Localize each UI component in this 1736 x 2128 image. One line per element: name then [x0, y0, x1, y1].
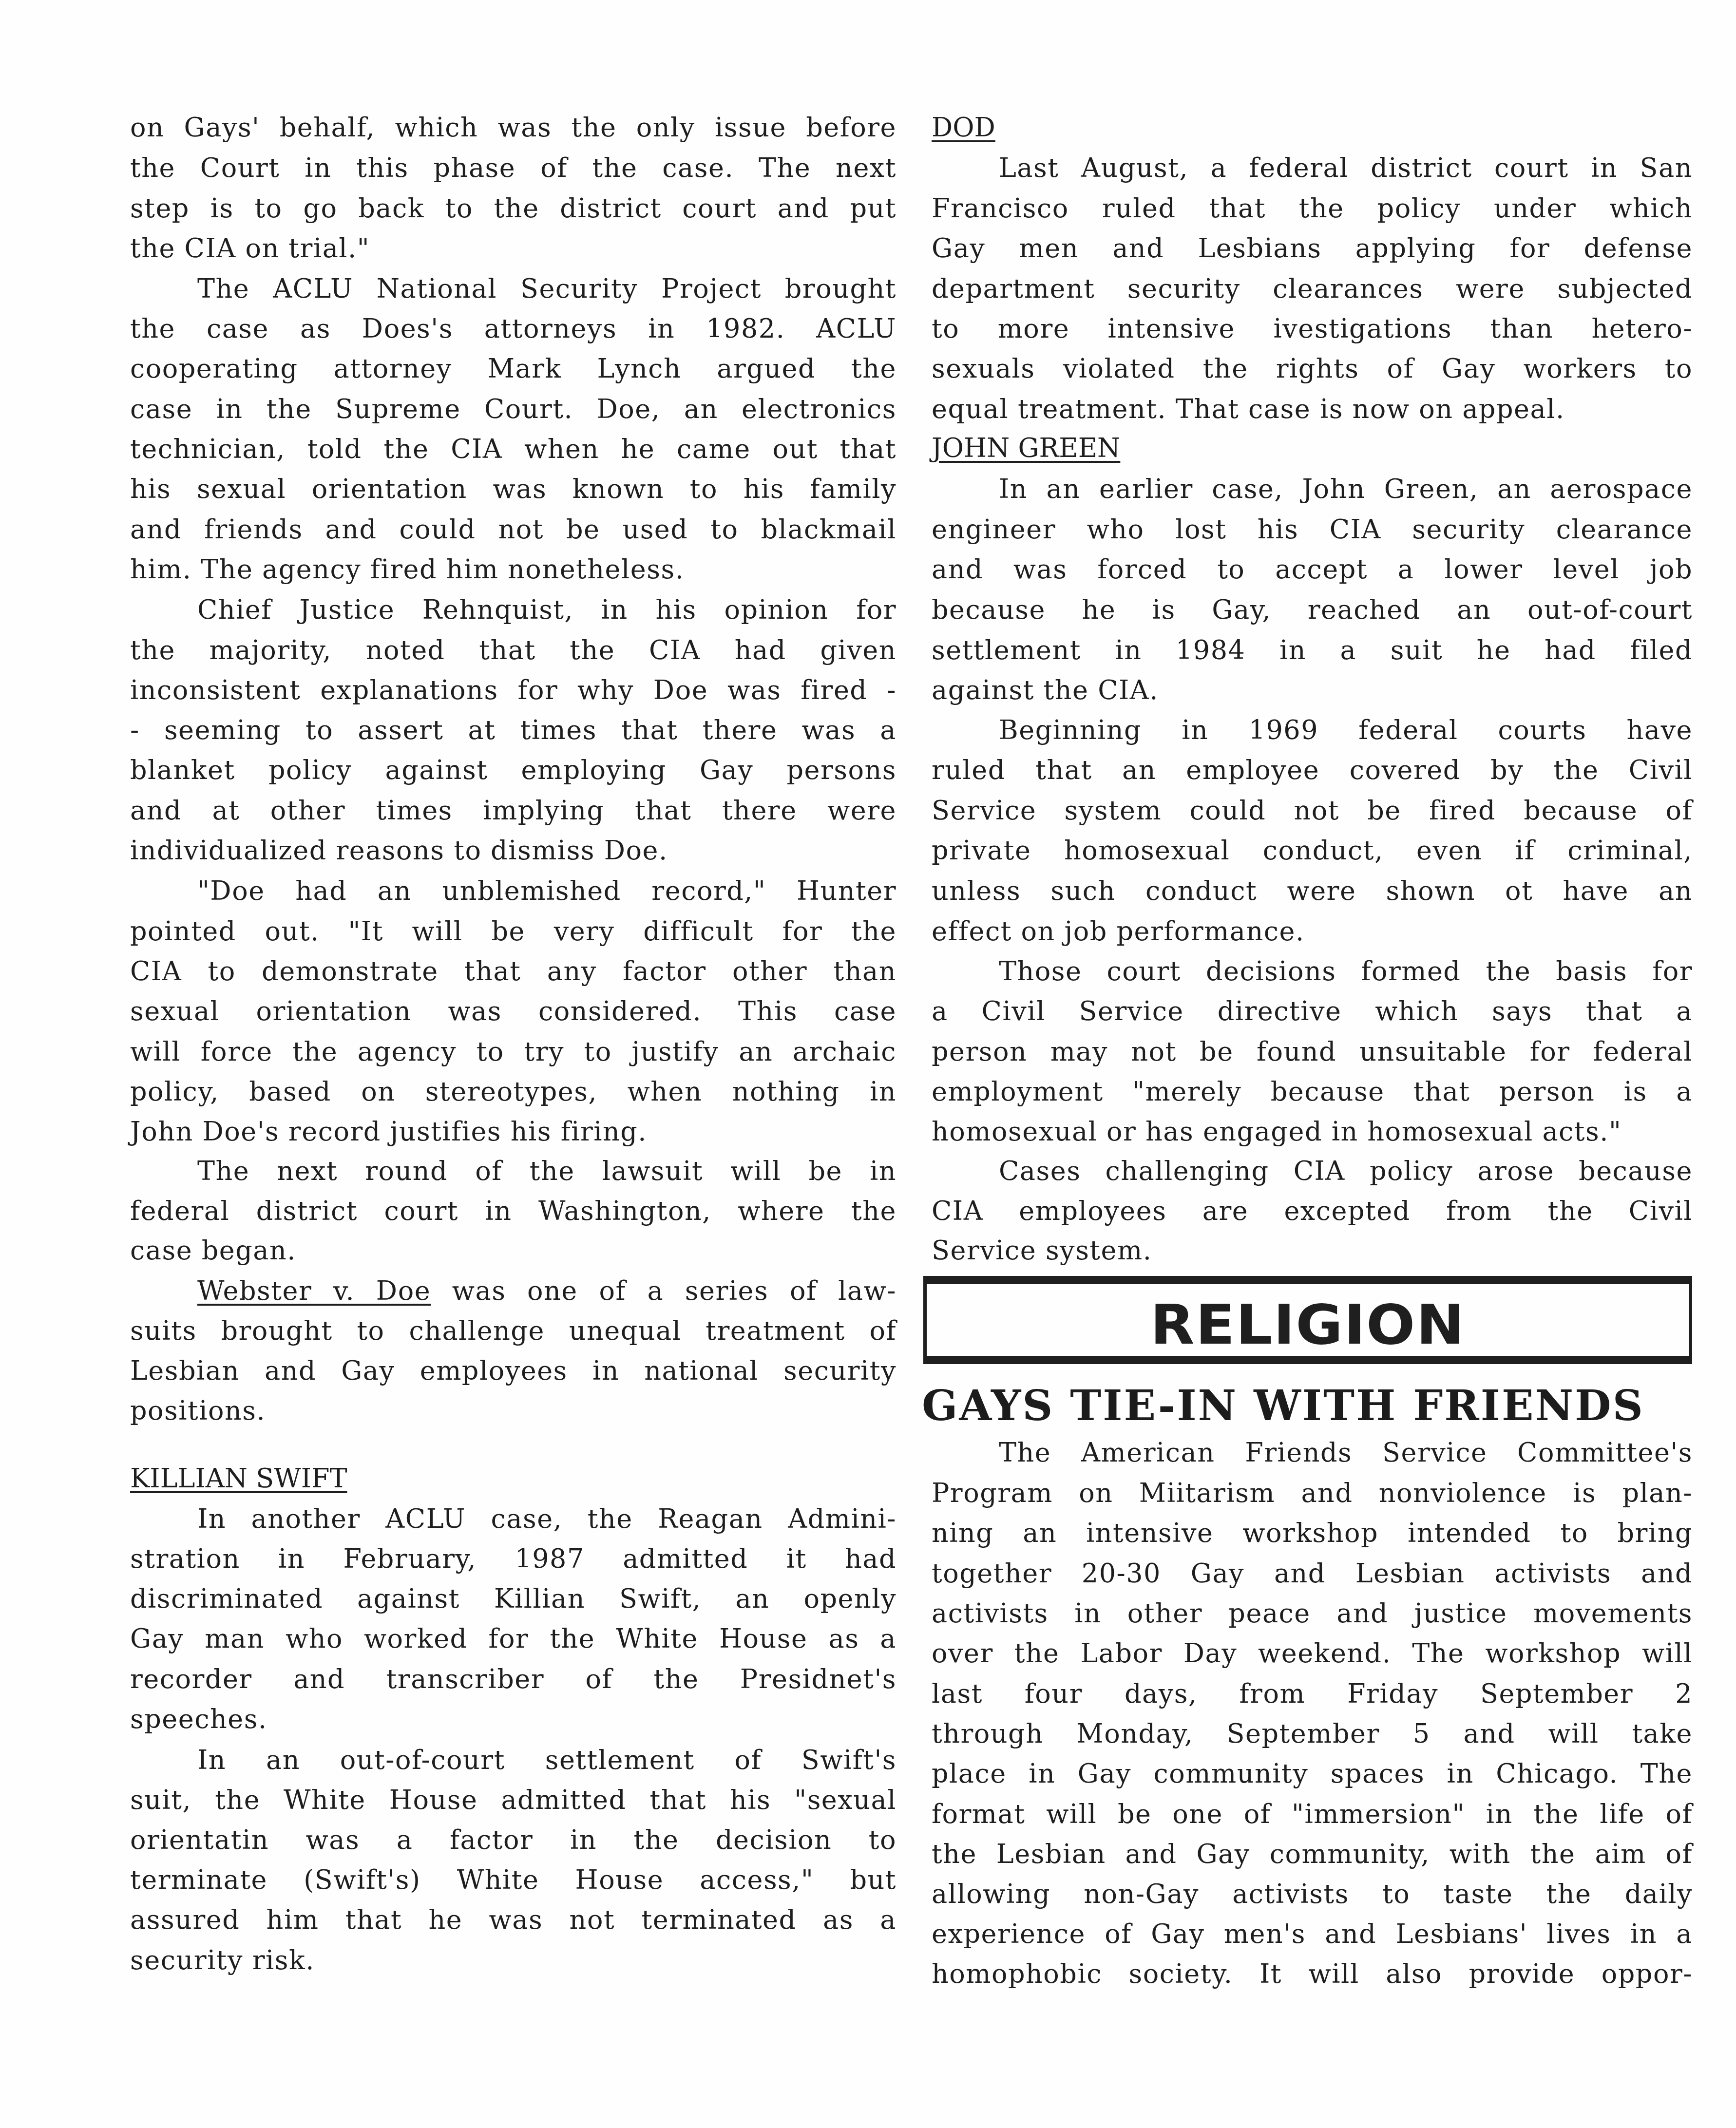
text-line: terminate (Swift's) White House access,"… — [130, 1864, 897, 1896]
text-line-content: the majority, noted that the CIA had giv… — [130, 635, 897, 665]
text-line-content: effect on job performance. — [932, 916, 1305, 947]
text-line: speeches. — [130, 1704, 897, 1735]
text-line-content: engineer who lost his CIA security clear… — [932, 514, 1693, 545]
text-line-content: to more intensive ivestigations than het… — [932, 313, 1693, 344]
text-line: the majority, noted that the CIA had giv… — [130, 635, 897, 666]
text-line-content: homophobic society. It will also provide… — [932, 1958, 1693, 1989]
text-line-content: last four days, from Friday September 2 — [932, 1678, 1693, 1709]
text-line: effect on job performance. — [932, 916, 1693, 947]
text-line-content: person may not be found unsuitable for f… — [932, 1036, 1693, 1067]
text-line: over the Labor Day weekend. The workshop… — [932, 1638, 1693, 1669]
text-line-content: orientatin was a factor in the decision … — [130, 1824, 897, 1855]
text-line: case in the Supreme Court. Doe, an elect… — [130, 394, 897, 425]
text-line-content: Program on Miitarism and nonviolence is … — [932, 1478, 1693, 1508]
text-line: Program on Miitarism and nonviolence is … — [932, 1478, 1693, 1509]
text-line-content: terminate (Swift's) White House access,"… — [130, 1864, 897, 1895]
text-line-content: together 20-30 Gay and Lesbian activists… — [932, 1558, 1693, 1589]
text-line: Lesbian and Gay employees in national se… — [130, 1355, 897, 1387]
text-line: format will be one of "immersion" in the… — [932, 1799, 1693, 1830]
text-line-content: federal district court in Washington, wh… — [130, 1196, 897, 1226]
text-line: assured him that he was not terminated a… — [130, 1904, 897, 1936]
text-line-content: the case as Does's attorneys in 1982. AC… — [130, 313, 897, 344]
text-line-content: security risk. — [130, 1945, 315, 1976]
text-line-content: Last August, a federal district court in… — [999, 152, 1693, 183]
text-line: a Civil Service directive which says tha… — [932, 996, 1693, 1027]
text-line-content: Cases challenging CIA policy arose becau… — [999, 1156, 1693, 1186]
subheading-text: DOD — [932, 112, 995, 143]
text-line-content: equal treatment. That case is now on app… — [932, 394, 1565, 424]
case-name-underlined: Webster v. Doe — [197, 1275, 431, 1306]
text-line-content: John Doe's record justifies his firing. — [130, 1116, 647, 1147]
text-line-rest: was one of a series of law- — [452, 1275, 897, 1306]
text-line: Beginning in 1969 federal courts have — [932, 715, 1693, 746]
text-line-content: "Doe had an unblemished record," Hunter — [197, 875, 897, 906]
text-line: employment "merely because that person i… — [932, 1076, 1693, 1107]
text-line: The next round of the lawsuit will be in — [130, 1156, 897, 1187]
text-line: CIA employees are excepted from the Civi… — [932, 1196, 1693, 1227]
text-line: private homosexual conduct, even if crim… — [932, 835, 1693, 866]
text-line-content: The American Friends Service Committee's — [999, 1437, 1693, 1468]
text-line: Francisco ruled that the policy under wh… — [932, 193, 1693, 224]
text-line-content: on Gays' behalf, which was the only issu… — [130, 112, 897, 143]
text-line: person may not be found unsuitable for f… — [932, 1036, 1693, 1067]
text-line-content: Chief Justice Rehnquist, in his opinion … — [197, 594, 897, 625]
text-line: place in Gay community spaces in Chicago… — [932, 1758, 1693, 1789]
text-line: orientatin was a factor in the decision … — [130, 1824, 897, 1856]
text-line-content: speeches. — [130, 1704, 267, 1734]
text-line-content: individualized reasons to dismiss Doe. — [130, 835, 668, 866]
text-line: and friends and could not be used to bla… — [130, 514, 897, 545]
text-line: and at other times implying that there w… — [130, 795, 897, 826]
text-line: CIA to demonstrate that any factor other… — [130, 956, 897, 987]
text-line: against the CIA. — [932, 675, 1693, 706]
text-line: In another ACLU case, the Reagan Admini- — [130, 1503, 897, 1535]
text-line: Gay man who worked for the White House a… — [130, 1623, 897, 1654]
text-line: department security clearances were subj… — [932, 273, 1693, 304]
subheading: KILLIAN SWIFT — [130, 1463, 897, 1494]
text-line: the case as Does's attorneys in 1982. AC… — [130, 313, 897, 344]
text-line: ning an intensive workshop intended to b… — [932, 1518, 1693, 1549]
newsletter-page: on Gays' behalf, which was the only issu… — [0, 0, 1736, 2128]
text-line: case began. — [130, 1235, 897, 1266]
text-line-content: homosexual or has engaged in homosexual … — [932, 1116, 1622, 1147]
subheading: JOHN GREEN — [932, 433, 1693, 464]
text-line-content: stration in February, 1987 admitted it h… — [130, 1543, 897, 1574]
text-line: and was forced to accept a lower level j… — [932, 554, 1693, 585]
text-line: engineer who lost his CIA security clear… — [932, 514, 1693, 545]
section-title: RELIGION — [927, 1297, 1689, 1352]
text-line: suit, the White House admitted that his … — [130, 1785, 897, 1816]
text-line: last four days, from Friday September 2 — [932, 1678, 1693, 1710]
text-line-content: blanket policy against employing Gay per… — [130, 755, 897, 785]
text-line-content: because he is Gay, reached an out-of-cou… — [932, 594, 1693, 625]
text-line: The American Friends Service Committee's — [932, 1437, 1693, 1468]
text-line-content: CIA employees are excepted from the Civi… — [932, 1196, 1693, 1226]
text-line-content: CIA to demonstrate that any factor other… — [130, 956, 897, 987]
text-line: Service system could not be fired becaus… — [932, 795, 1693, 826]
text-line-content: and friends and could not be used to bla… — [130, 514, 897, 545]
text-line-content: Gay man who worked for the White House a… — [130, 1623, 897, 1654]
text-line: blanket policy against employing Gay per… — [130, 755, 897, 786]
text-line: discriminated against Killian Swift, an … — [130, 1583, 897, 1615]
text-line: federal district court in Washington, wh… — [130, 1196, 897, 1227]
text-line-content: unless such conduct were shown ot have a… — [932, 875, 1693, 906]
text-line-content: will force the agency to try to justify … — [130, 1036, 897, 1067]
text-line-content: Gay men and Lesbians applying for defens… — [932, 233, 1693, 264]
text-line-content: format will be one of "immersion" in the… — [932, 1799, 1693, 1829]
text-line-content: positions. — [130, 1395, 266, 1426]
text-line-content: activists in other peace and justice mov… — [932, 1598, 1693, 1629]
section-header-religion: RELIGION — [923, 1276, 1692, 1364]
text-line: him. The agency fired him nonetheless. — [130, 554, 897, 585]
text-line-content: a Civil Service directive which says tha… — [932, 996, 1693, 1026]
article-headline: GAYS TIE-IN WITH FRIENDS — [922, 1383, 1604, 1429]
text-line: In an out-of-court settlement of Swift's — [130, 1745, 897, 1776]
subheading: DOD — [932, 112, 1693, 143]
text-line: sexual orientation was considered. This … — [130, 996, 897, 1027]
text-line: Webster v. Doe was one of a series of la… — [130, 1275, 897, 1307]
text-line: through Monday, September 5 and will tak… — [932, 1718, 1693, 1749]
text-line: Service system. — [932, 1235, 1693, 1266]
text-line-content: policy, based on stereotypes, when nothi… — [130, 1076, 897, 1107]
text-line: equal treatment. That case is now on app… — [932, 394, 1693, 425]
text-line: activists in other peace and justice mov… — [932, 1598, 1693, 1629]
text-line: inconsistent explanations for why Doe wa… — [130, 675, 897, 706]
text-line: homosexual or has engaged in homosexual … — [932, 1116, 1693, 1147]
text-line-content: technician, told the CIA when he came ou… — [130, 434, 897, 464]
text-line-content: case began. — [130, 1235, 296, 1266]
text-line-content: private homosexual conduct, even if crim… — [932, 835, 1693, 866]
text-line: allowing non-Gay activists to taste the … — [932, 1879, 1693, 1910]
text-line: cooperating attorney Mark Lynch argued t… — [130, 353, 897, 384]
text-line-content: department security clearances were subj… — [932, 273, 1693, 304]
text-line: settlement in 1984 in a suit he had file… — [932, 635, 1693, 666]
text-line-content: cooperating attorney Mark Lynch argued t… — [130, 353, 897, 384]
text-line: together 20-30 Gay and Lesbian activists… — [932, 1558, 1693, 1589]
text-line-content: allowing non-Gay activists to taste the … — [932, 1879, 1693, 1909]
text-line-content: - seeming to assert at times that there … — [130, 715, 897, 745]
text-line-content: Service system. — [932, 1235, 1152, 1266]
text-line-content: employment "merely because that person i… — [932, 1076, 1693, 1107]
text-line: John Doe's record justifies his firing. — [130, 1116, 897, 1147]
text-line: policy, based on stereotypes, when nothi… — [130, 1076, 897, 1107]
text-line-content: the Court in this phase of the case. The… — [130, 152, 897, 183]
text-line: individualized reasons to dismiss Doe. — [130, 835, 897, 866]
text-line: his sexual orientation was known to his … — [130, 474, 897, 505]
text-line: because he is Gay, reached an out-of-cou… — [932, 594, 1693, 626]
text-line-content: step is to go back to the district court… — [130, 193, 897, 224]
text-line-content: ruled that an employee covered by the Ci… — [932, 755, 1693, 785]
text-line: sexuals violated the rights of Gay worke… — [932, 353, 1693, 384]
text-line: will force the agency to try to justify … — [130, 1036, 897, 1067]
text-line: Those court decisions formed the basis f… — [932, 956, 1693, 987]
text-line-content: Service system could not be fired becaus… — [932, 795, 1693, 826]
text-line-content: his sexual orientation was known to his … — [130, 474, 897, 504]
text-line: - seeming to assert at times that there … — [130, 715, 897, 746]
text-line-content: sexuals violated the rights of Gay worke… — [932, 353, 1693, 384]
subheading-text: JOHN GREEN — [932, 433, 1120, 463]
text-line-content: place in Gay community spaces in Chicago… — [932, 1758, 1693, 1789]
text-line: technician, told the CIA when he came ou… — [130, 434, 897, 465]
text-line: positions. — [130, 1395, 897, 1426]
text-line: unless such conduct were shown ot have a… — [932, 875, 1693, 907]
text-line: ruled that an employee covered by the Ci… — [932, 755, 1693, 786]
text-line: the CIA on trial." — [130, 233, 897, 264]
text-line: the Court in this phase of the case. The… — [130, 152, 897, 184]
text-line-content: Lesbian and Gay employees in national se… — [130, 1355, 897, 1386]
text-line: experience of Gay men's and Lesbians' li… — [932, 1919, 1693, 1950]
text-line-content: the CIA on trial." — [130, 233, 370, 264]
text-line-content: Those court decisions formed the basis f… — [999, 956, 1693, 987]
text-line-content: over the Labor Day weekend. The workshop… — [932, 1638, 1693, 1669]
text-line-content: the Lesbian and Gay community, with the … — [932, 1839, 1693, 1869]
text-line-content: suits brought to challenge unequal treat… — [130, 1315, 897, 1346]
text-line-content: suit, the White House admitted that his … — [130, 1785, 897, 1815]
text-line-content: In an out-of-court settlement of Swift's — [197, 1745, 897, 1775]
text-line: homophobic society. It will also provide… — [932, 1958, 1693, 1990]
text-line-content: Francisco ruled that the policy under wh… — [932, 193, 1693, 224]
text-line-content: The next round of the lawsuit will be in — [197, 1156, 897, 1186]
text-line-content: recorder and transcriber of the Presidne… — [130, 1664, 897, 1694]
text-line-content: discriminated against Killian Swift, an … — [130, 1583, 897, 1614]
text-line: Last August, a federal district court in… — [932, 152, 1693, 184]
text-line-content: ning an intensive workshop intended to b… — [932, 1518, 1693, 1548]
text-line-content: and at other times implying that there w… — [130, 795, 897, 826]
text-line-content: experience of Gay men's and Lesbians' li… — [932, 1919, 1693, 1949]
text-line: In an earlier case, John Green, an aeros… — [932, 474, 1693, 505]
text-line: to more intensive ivestigations than het… — [932, 313, 1693, 344]
text-line-content: sexual orientation was considered. This … — [130, 996, 897, 1026]
text-line: "Doe had an unblemished record," Hunter — [130, 875, 897, 907]
text-line: Chief Justice Rehnquist, in his opinion … — [130, 594, 897, 626]
text-line: stration in February, 1987 admitted it h… — [130, 1543, 897, 1575]
text-line-content: Beginning in 1969 federal courts have — [999, 715, 1693, 745]
text-line-content: In another ACLU case, the Reagan Admini- — [197, 1503, 897, 1534]
text-line: Cases challenging CIA policy arose becau… — [932, 1156, 1693, 1187]
text-line-content: him. The agency fired him nonetheless. — [130, 554, 684, 585]
text-line-content: inconsistent explanations for why Doe wa… — [130, 675, 897, 705]
text-line-content: The ACLU National Security Project broug… — [197, 273, 897, 304]
text-line-content: In an earlier case, John Green, an aeros… — [999, 474, 1693, 504]
text-line: pointed out. "It will be very difficult … — [130, 916, 897, 947]
text-line: security risk. — [130, 1945, 897, 1976]
text-line-content: settlement in 1984 in a suit he had file… — [932, 635, 1693, 665]
subheading-text: KILLIAN SWIFT — [130, 1463, 347, 1494]
text-line-content: assured him that he was not terminated a… — [130, 1904, 897, 1935]
text-line: the Lesbian and Gay community, with the … — [932, 1839, 1693, 1870]
text-line: The ACLU National Security Project broug… — [130, 273, 897, 304]
text-line-content: against the CIA. — [932, 675, 1159, 705]
text-line-content: through Monday, September 5 and will tak… — [932, 1718, 1693, 1749]
text-line: on Gays' behalf, which was the only issu… — [130, 112, 897, 143]
text-line-content: pointed out. "It will be very difficult … — [130, 916, 897, 947]
text-line: Gay men and Lesbians applying for defens… — [932, 233, 1693, 264]
text-line: step is to go back to the district court… — [130, 193, 897, 224]
text-line: recorder and transcriber of the Presidne… — [130, 1664, 897, 1695]
text-line-content: and was forced to accept a lower level j… — [932, 554, 1693, 585]
text-line: suits brought to challenge unequal treat… — [130, 1315, 897, 1347]
text-line-content: case in the Supreme Court. Doe, an elect… — [130, 394, 897, 424]
